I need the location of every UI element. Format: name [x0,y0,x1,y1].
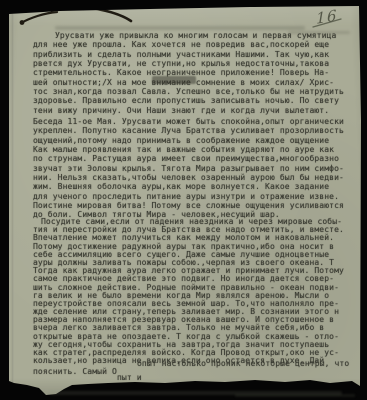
text-line: шей опытности;/Х на мое внимание сомнени… [33,78,363,87]
text-line: тени вижу причину. Очи Наши знают где и … [33,106,363,115]
text-line: приблизить и сделать полными участниками… [33,50,363,59]
text-line: нии. Нельзя сказать,чтобы человек озарен… [33,173,363,182]
text-line: Беседа 11-ое Мая. Урусвати может быть сп… [33,117,363,126]
photo-background: 16 Урусвати уже привыкла ко многим голос… [0,0,367,400]
pen-check-mark-left [21,12,57,23]
bottom-edge-streak-2 [235,394,355,397]
text-line: ощущений,потому надо принимать в соображ… [33,136,363,145]
pen-stroke-mark-right [97,9,131,21]
text-line: жим. Внешняя оболочка ауры,как море волн… [33,182,363,191]
document-page: 16 Урусвати уже привыкла ко многим голос… [0,0,367,400]
pen-mark-blob [20,20,25,25]
text-line: Урусвати уже привыкла ко многим голосам … [33,31,363,40]
closing-line-dropped: пыт и [117,374,142,382]
text-line: Как малые проявления так и важные событи… [33,145,363,154]
text-line: для ученого проследить питание ауры изну… [33,192,363,201]
text-line: рвется дух Урусвати, не ступни,но крылья… [33,59,363,68]
paragraph-1: Урусвати уже привыкла ко многим голосам … [33,31,363,115]
text-line: укреплен. Попутно касание Луча Братства … [33,126,363,135]
overstruck-word-smudge [152,76,196,84]
erased-pencil-smudge [55,26,305,30]
text-line: стремительность. Какое неограниченное пр… [33,68,363,77]
paper-crease [12,10,14,384]
page-number: 16 [316,6,338,28]
paragraph-3: Посудите сами,если от падения наездника … [33,218,363,365]
raised-inserted-line: опыт настолько проник некоторые центры, … [137,360,349,368]
text-line: тос знал,когда позвал Савла. Успешно все… [33,87,363,96]
text-line: здоровье. Правильно если пропустишь запи… [33,96,363,105]
closing-line: пояснить. Самый О [33,368,117,376]
text-line: по струнам. Растущая аура имеет свои пре… [33,154,363,163]
paragraph-2: Беседа 11-ое Мая. Урусвати может быть сп… [33,117,363,220]
text-line: для нее уже прошла. Как хочется не повре… [33,40,363,49]
text-line: звучат эти Эоловы крылья. Тягота Мира ра… [33,164,363,173]
